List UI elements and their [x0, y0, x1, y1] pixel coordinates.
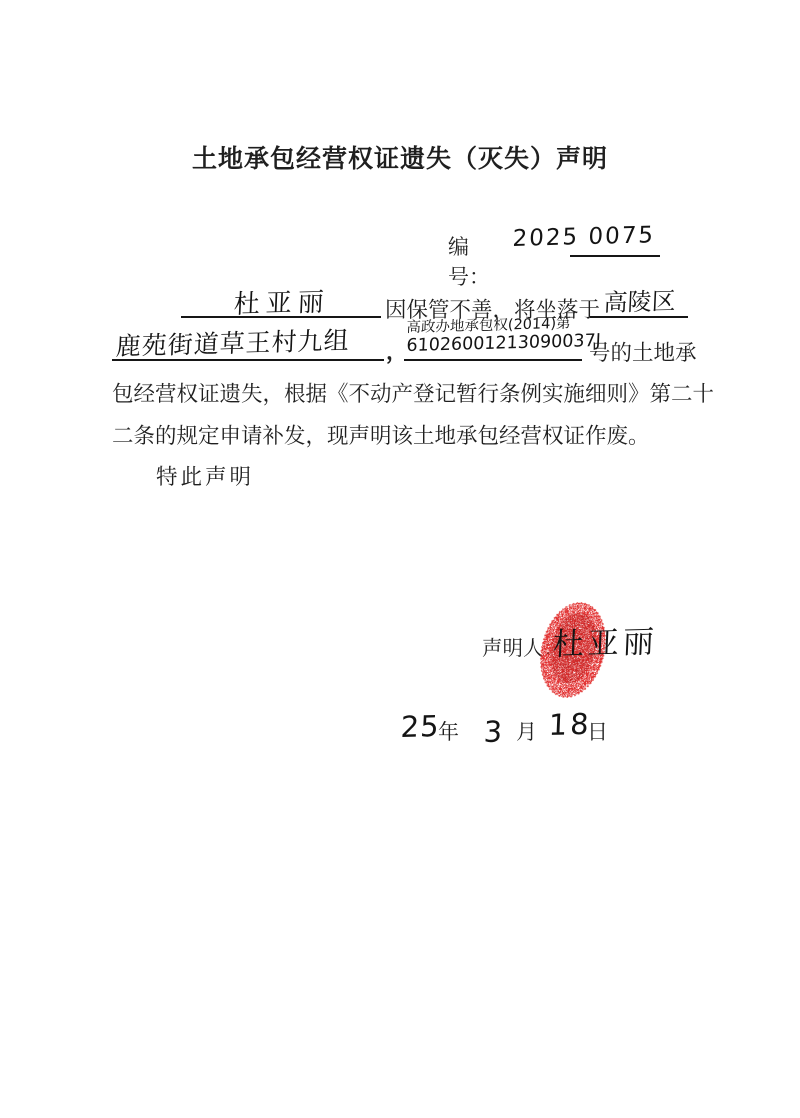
date-year-handwritten: 25 [400, 709, 440, 744]
body-line-2: 鹿苑街道草王村九组 ， 高政办地承包权(2014)第 6102600121309… [0, 333, 800, 362]
declarant-name-handwritten: 杜亚丽 [233, 281, 331, 321]
serial-label: 编号： [448, 231, 490, 291]
document-page: 土地承包经营权证遗失（灭失）声明 编号： 2025 0075 杜亚丽 因保管不善… [0, 0, 800, 1118]
location-part2-handwritten: 鹿苑街道草王村九组 [115, 321, 351, 363]
certificate-number-blank: 高政办地承包权(2014)第 61026001213090037J [404, 333, 582, 361]
date-month-unit: 月 [516, 716, 537, 746]
location-blank-1: 高陵区 [590, 290, 688, 318]
closing-statement: 特此声明 [156, 460, 254, 491]
declarant-name-blank: 杜亚丽 [181, 290, 381, 318]
serial-blank-line [570, 255, 660, 257]
printed-text-after-number: 号的土地承 [589, 336, 697, 367]
date-year-unit: 年 [438, 716, 459, 746]
document-title: 土地承包经营权证遗失（灭失）声明 [0, 139, 800, 175]
date-month-handwritten: 3 [483, 714, 503, 749]
location-part1-handwritten: 高陵区 [603, 281, 677, 318]
body-line-1: 杜亚丽 因保管不善，将坐落于 高陵区 [0, 290, 800, 319]
certificate-number-handwritten: 61026001213090037J [406, 331, 601, 356]
serial-value-handwritten: 2025 0075 [512, 222, 655, 252]
body-line-4: 二条的规定申请补发，现声明该土地承包经营权证作废。 [112, 419, 650, 450]
location-blank-2: 鹿苑街道草王村九组 [112, 333, 384, 361]
declarant-signature-handwritten: 杜亚丽 [552, 616, 659, 664]
date-row: 25 年 3 月 18 日 [0, 700, 800, 760]
date-day-unit: 日 [587, 716, 608, 746]
body-line-3: 包经营权证遗失，根据《不动产登记暂行条例实施细则》第二十 [112, 377, 714, 408]
date-day-handwritten: 18 [548, 707, 592, 742]
